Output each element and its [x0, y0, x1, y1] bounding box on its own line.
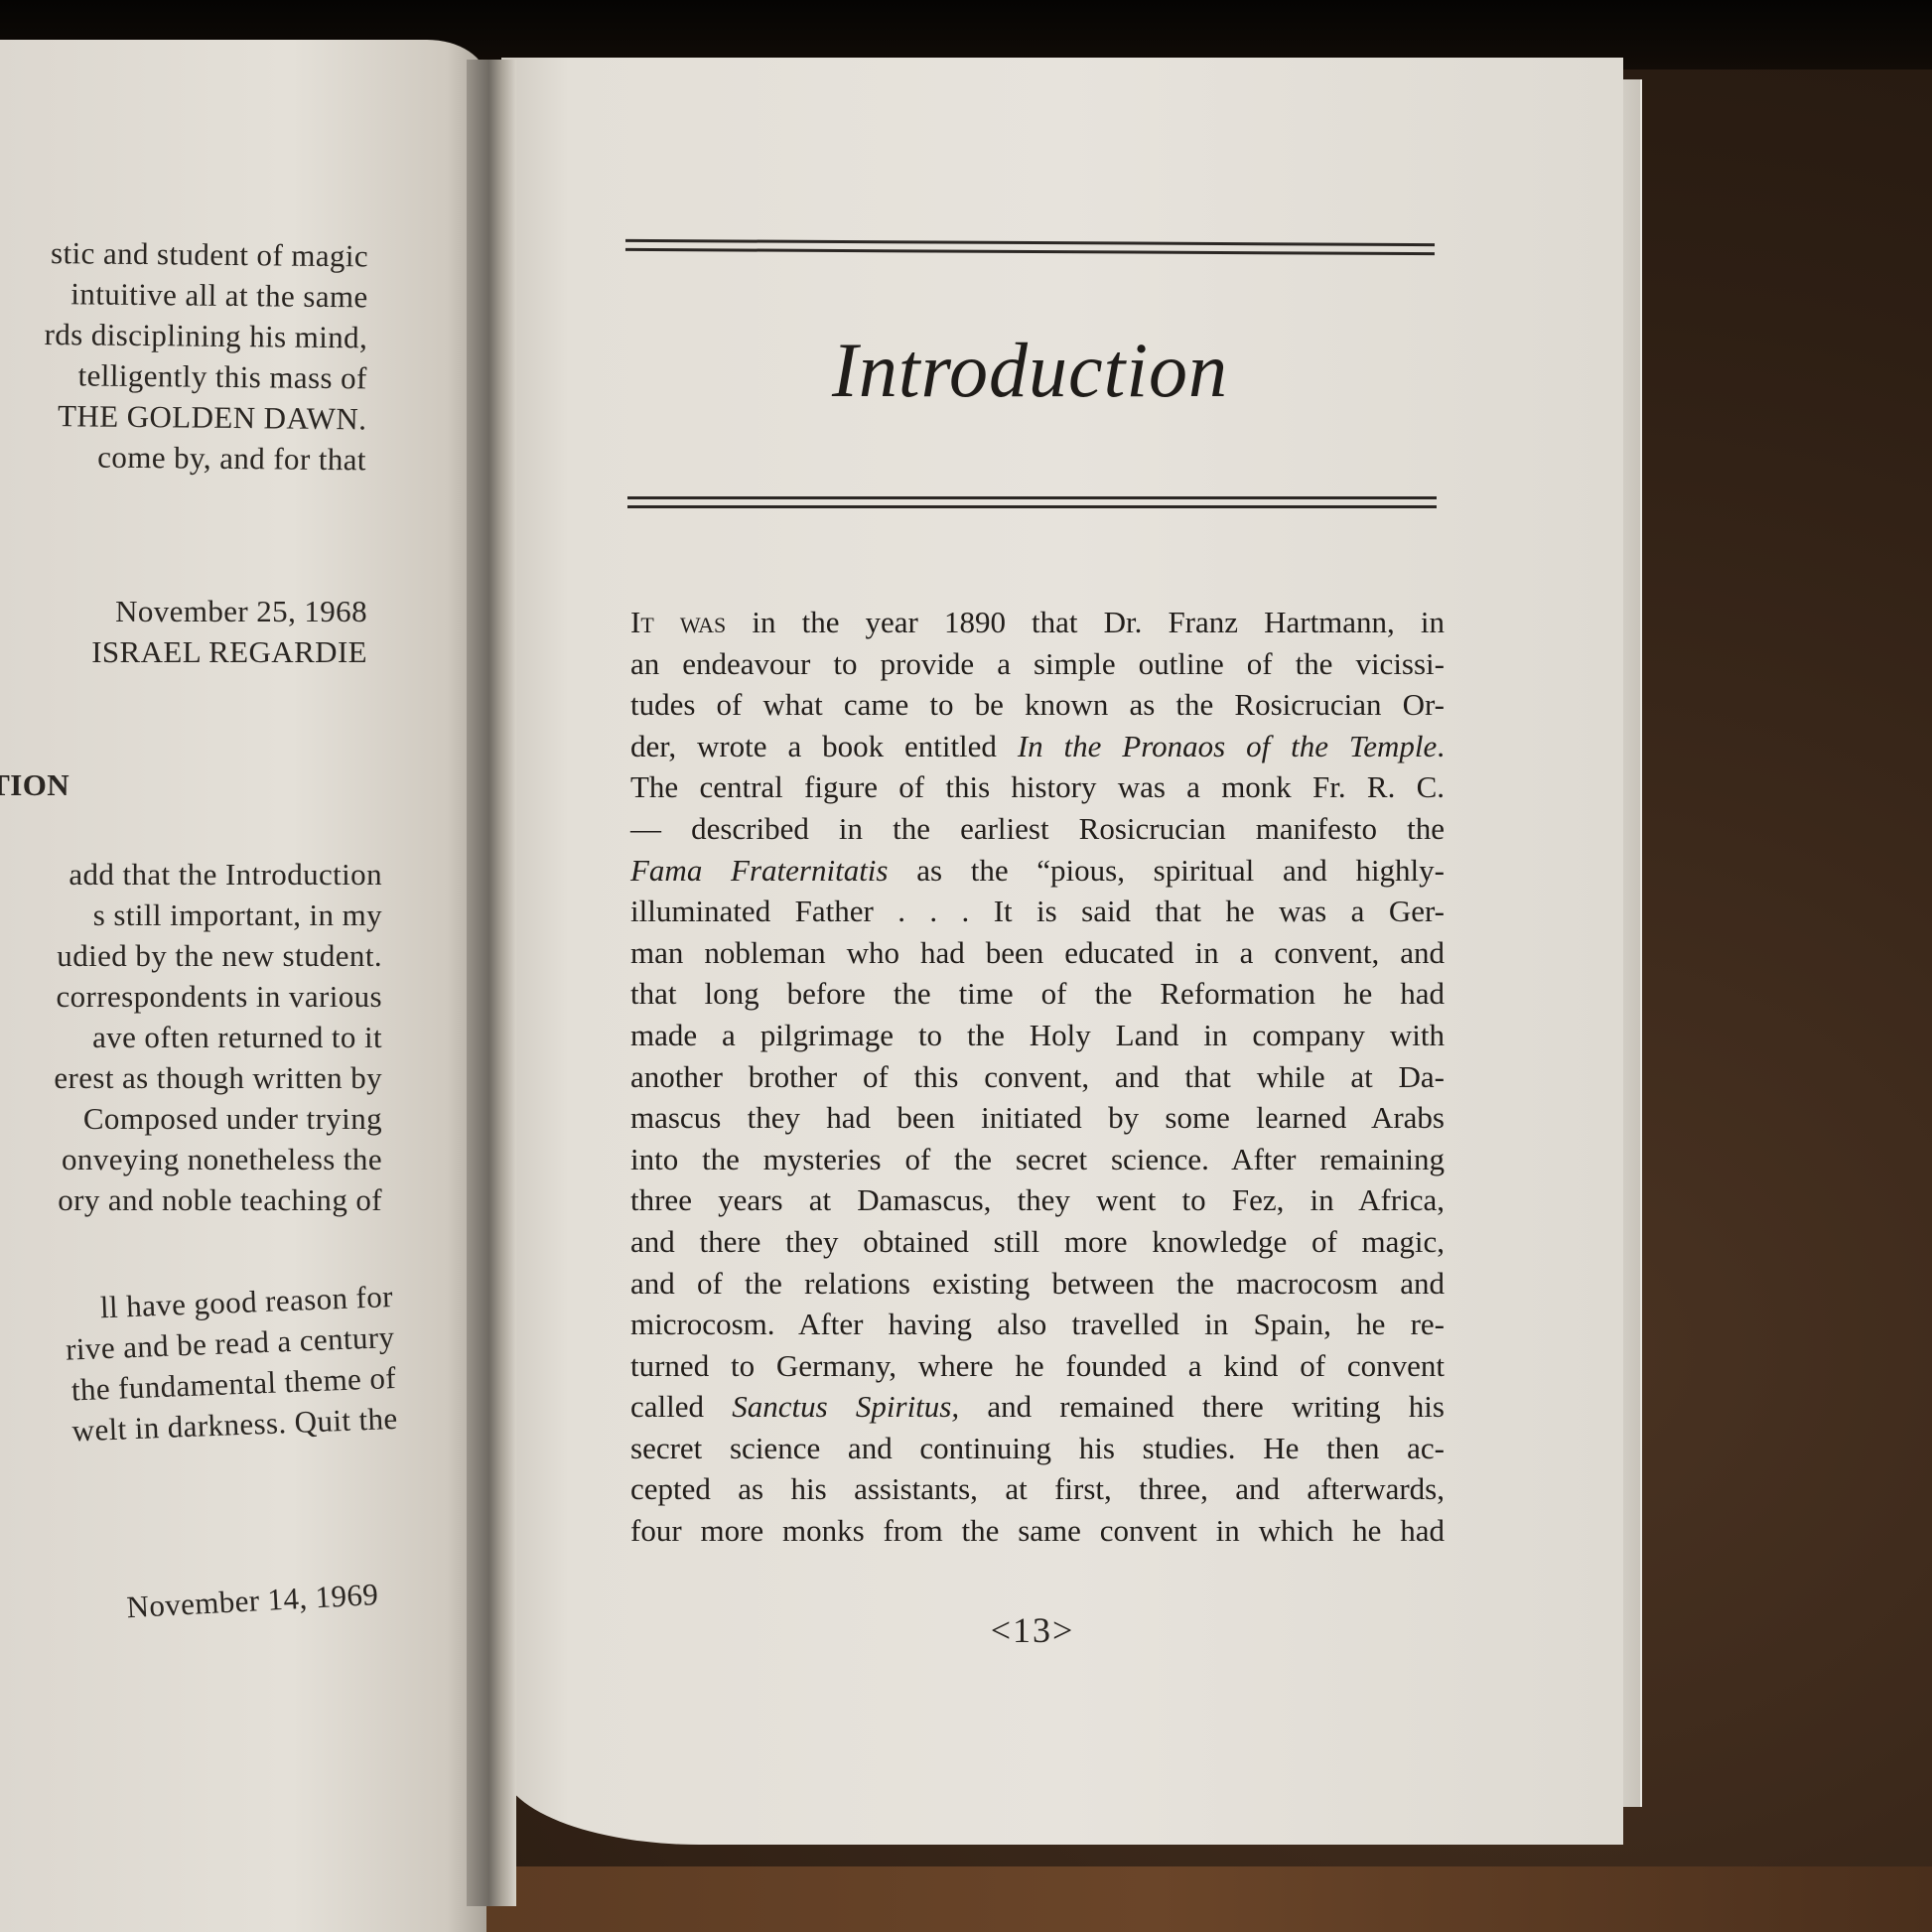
left-text-block-3: ll have good reason for rive and be read…: [0, 1276, 398, 1456]
text-line: turned to Germany, where he founded a ki…: [630, 1345, 1445, 1387]
text-line: THE GOLDEN DAWN.: [0, 394, 367, 440]
section-heading: EDITION: [0, 764, 69, 805]
book-title-italic: In the Pronaos of the Temple: [1018, 729, 1437, 763]
book-gutter: [467, 60, 516, 1906]
text-run: as the “pious, spiritual and highly-: [888, 853, 1445, 888]
text-line: telligently this mass of: [0, 353, 367, 399]
text-line: mascus they had been initiated by some l…: [630, 1097, 1445, 1139]
text-run: .: [1437, 729, 1445, 763]
text-line: tudes of what came to be known as the Ro…: [630, 684, 1445, 726]
text-run: in the year 1890 that Dr. Franz Hartmann…: [752, 605, 1445, 639]
page-number: <13>: [923, 1609, 1142, 1651]
signature-name: ISRAEL REGARDIE: [0, 631, 367, 672]
left-page: stic and student of magic intuitive all …: [0, 40, 486, 1932]
text-line: stic and student of magic: [0, 231, 368, 277]
text-line: another brother of this convent, and tha…: [630, 1056, 1445, 1098]
text-line: and there they obtained still more knowl…: [630, 1221, 1445, 1263]
text-line: der, wrote a book entitled In the Pronao…: [630, 726, 1445, 767]
text-line: into the mysteries of the secret science…: [630, 1139, 1445, 1180]
text-line: correspondents in various: [0, 976, 382, 1017]
left-text-block-2: add that the Introduction s still import…: [0, 854, 382, 1220]
text-run: der, wrote a book entitled: [630, 729, 1018, 763]
wooden-table: [377, 1866, 1932, 1932]
text-line: an endeavour to provide a simple outline…: [630, 643, 1445, 685]
chapter-title: Introduction: [625, 326, 1435, 415]
text-line: made a pilgrimage to the Holy Land in co…: [630, 1015, 1445, 1056]
text-line: Composed under trying: [0, 1098, 382, 1139]
text-line: that long before the time of the Reforma…: [630, 973, 1445, 1015]
text-line: Fama Fraternitatis as the “pious, spirit…: [630, 850, 1445, 892]
text-line: s still important, in my: [0, 895, 382, 935]
text-line: ory and noble teaching of: [0, 1179, 382, 1220]
text-line: It was in the year 1890 that Dr. Franz H…: [630, 602, 1445, 643]
text-run: called: [630, 1389, 732, 1424]
text-line: illuminated Father . . . It is said that…: [630, 891, 1445, 932]
manifesto-title-italic: Fama Fraternitatis: [630, 853, 888, 888]
text-line: intuitive all at the same: [0, 272, 368, 318]
text-line: udied by the new student.: [0, 935, 382, 976]
body-text: It was in the year 1890 that Dr. Franz H…: [630, 602, 1445, 1552]
text-line: erest as though written by: [0, 1057, 382, 1098]
text-run: and remained there writing his: [959, 1389, 1445, 1424]
text-line: ave often returned to it: [0, 1017, 382, 1057]
lead-in-smallcaps: It was: [630, 605, 726, 639]
signature-block-2: November 14, 1969: [0, 1574, 379, 1638]
text-line: four more monks from the same convent in…: [630, 1510, 1445, 1552]
signature-date: November 25, 1968: [0, 591, 367, 631]
text-line: The central figure of this history was a…: [630, 766, 1445, 808]
text-line: cepted as his assistants, at first, thre…: [630, 1468, 1445, 1510]
text-line: secret science and continuing his studie…: [630, 1428, 1445, 1469]
place-name-italic: Sanctus Spiritus,: [732, 1389, 959, 1424]
signature-date: November 14, 1969: [0, 1574, 379, 1638]
text-line: onveying nonetheless the: [0, 1139, 382, 1179]
double-rule-top: [625, 239, 1435, 255]
text-line: — described in the earliest Rosicrucian …: [630, 808, 1445, 850]
signature-block-1: November 25, 1968 ISRAEL REGARDIE: [0, 591, 367, 672]
text-line: come by, and for that: [0, 435, 366, 481]
double-rule-bottom: [627, 496, 1437, 508]
text-line: and of the relations existing between th…: [630, 1263, 1445, 1305]
text-line: rds disciplining his mind,: [0, 313, 367, 358]
text-line: three years at Damascus, they went to Fe…: [630, 1179, 1445, 1221]
text-line: called Sanctus Spiritus, and remained th…: [630, 1386, 1445, 1428]
text-line: microcosm. After having also travelled i…: [630, 1304, 1445, 1345]
left-text-block-1: stic and student of magic intuitive all …: [0, 231, 368, 481]
text-line: add that the Introduction: [0, 854, 382, 895]
right-page: Introduction It was in the year 1890 tha…: [501, 58, 1623, 1845]
text-line: man nobleman who had been educated in a …: [630, 932, 1445, 974]
